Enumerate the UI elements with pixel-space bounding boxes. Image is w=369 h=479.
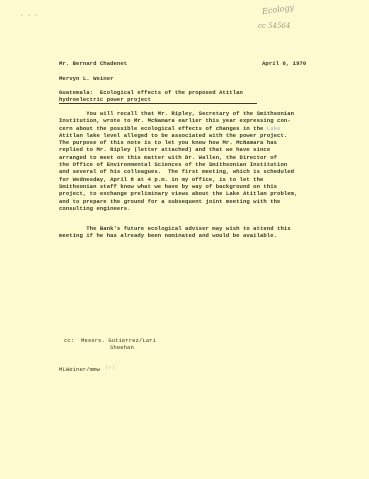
paragraph-line: The Bank's future ecological adviser may… (59, 225, 329, 232)
paragraph-line: Atitlan lake level alleged to be associa… (59, 132, 329, 139)
paragraph-line: the Office of Environmental Sciences of … (59, 161, 329, 168)
cc-label: cc: (64, 337, 74, 344)
memo-from: Mervyn L. Weiner (59, 75, 114, 82)
paragraph-line: meeting if he has already been nominated… (59, 232, 329, 239)
handwritten-annotation-reference: cc 54564 (258, 22, 290, 30)
typist-initials: MLWeiner/mmw (59, 366, 100, 373)
memo-subject-line2: hydroelectric power project (59, 96, 257, 104)
body-paragraph-1: You will recall that Mr. Ripley, Secreta… (59, 110, 329, 212)
top-left-mark: - - - (20, 12, 38, 19)
paragraph-line: for Wednesday, April 8 at 4 p.m. in my o… (59, 176, 329, 183)
memo-date: April 6, 1970 (262, 60, 306, 67)
paragraph-line: and to prepare the ground for a subseque… (59, 198, 329, 205)
paragraph-line: The purpose of this note is to let you k… (59, 139, 329, 146)
paragraph-line: You will recall that Mr. Ripley, Secreta… (59, 110, 329, 117)
paragraph-line: arranged to meet on this matter with Dr.… (59, 154, 329, 161)
paragraph-line: cern about the possible ecological effec… (59, 125, 329, 132)
paragraph-line: Smithsonian staff know what we have by w… (59, 183, 329, 190)
handwritten-annotation-ecology: Ecology (262, 3, 295, 16)
paragraph-line: replied to Mr. Ripley (letter attached) … (59, 146, 329, 153)
initials-check-mark: (✓) (105, 364, 115, 371)
paragraph-line: Institution, wrote to Mr. McNamara earli… (59, 117, 329, 124)
body-paragraph-2: The Bank's future ecological adviser may… (59, 225, 329, 240)
paragraph-line: and several of his colleagues. The first… (59, 168, 329, 175)
memo-to: Mr. Bernard Chadenet (59, 60, 127, 67)
paragraph-line: consulting engineers. (59, 205, 329, 212)
paragraph-line: project, to exchange preliminary views a… (59, 190, 329, 197)
handwritten-insert: Lake (267, 125, 281, 132)
cc-line-2: Sheehan (110, 344, 134, 351)
